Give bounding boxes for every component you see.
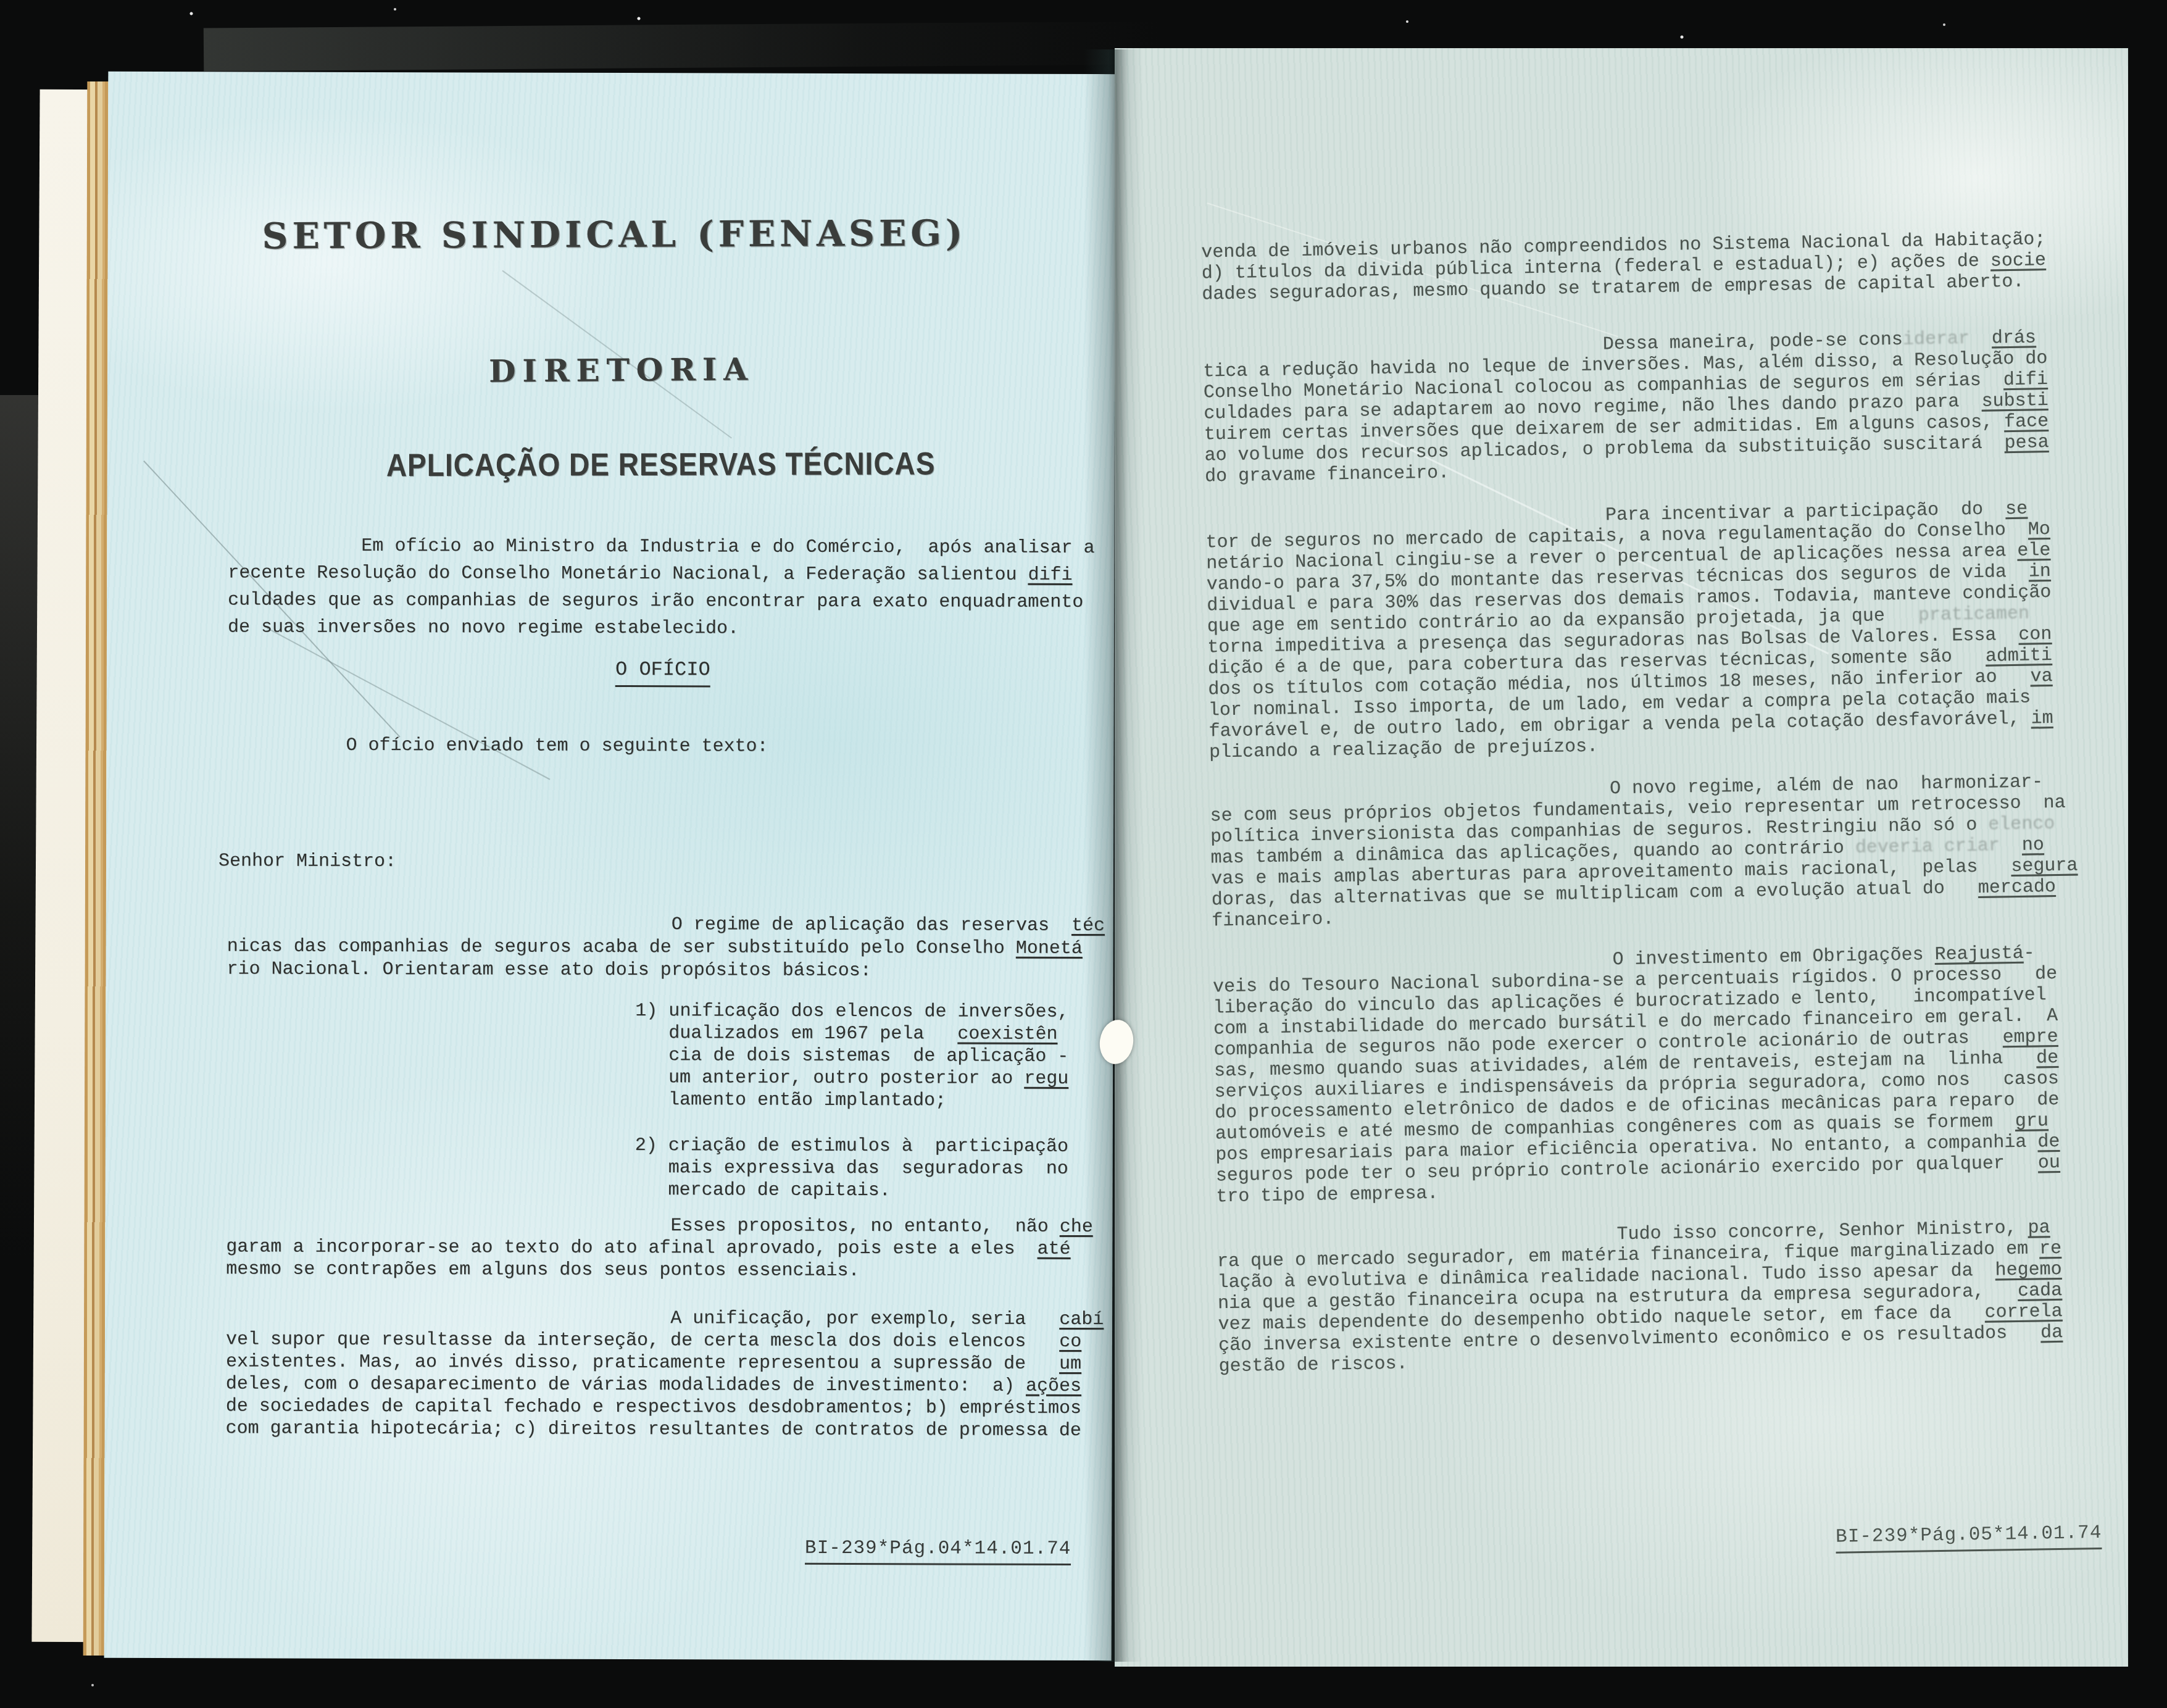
- text-line: de sociedades de capital fechado e respe…: [226, 1395, 1104, 1420]
- right-page-content: venda de imóveis urbanos não compreendid…: [1102, 40, 2141, 1674]
- text-line: deles, com o desaparecimento de várias m…: [226, 1373, 1104, 1398]
- text-line: um anterior, outro posterior ao regu: [635, 1067, 1068, 1090]
- scanned-book-spread: SETOR SINDICAL (FENASEG) DIRETORIA APLIC…: [0, 0, 2167, 1708]
- section-title: DIRETORIA: [489, 351, 754, 389]
- paragraph-dessa-maneira: Dessa maneira, pode-se considerar drásti…: [1203, 327, 2050, 487]
- paragraph-esses: Esses propositos, no entanto, não chegar…: [226, 1214, 1093, 1283]
- oficio-intro-line: O ofício enviado tem o seguinte texto:: [346, 734, 768, 759]
- page-right: venda de imóveis urbanos não compreendid…: [1115, 48, 2128, 1667]
- text-line: lamento então implantado;: [635, 1089, 1068, 1112]
- text-line: vel supor que resultasse da interseção, …: [226, 1328, 1104, 1353]
- paragraph-continuation: venda de imóveis urbanos não compreendid…: [1201, 229, 2047, 305]
- text-line: rio Nacional. Orientaram esse ato dois p…: [227, 958, 1105, 983]
- text-line: com garantia hipotecária; c) direitos re…: [226, 1417, 1104, 1442]
- article-title: APLICAÇÃO DE RESERVAS TÉCNICAS: [386, 444, 936, 483]
- salutation: Senhor Ministro:: [218, 849, 396, 873]
- paragraph-regime: O regime de aplicação das reservas técni…: [227, 912, 1105, 983]
- stamp-title: SETOR SINDICAL (FENASEG): [262, 212, 967, 257]
- scanner-bed-streak: [204, 22, 1160, 72]
- text-line: O regime de aplicação das reservas téc: [227, 912, 1105, 938]
- text-line: cia de dois sistemas de aplicação -: [635, 1044, 1068, 1068]
- paragraph-unificacao: A unificação, por exemplo, seria cabível…: [226, 1306, 1104, 1442]
- text-line: 1) unificação dos elencos de inversões,: [635, 1000, 1068, 1023]
- text-line: Em ofício ao Ministro da Industria e do …: [228, 532, 1094, 562]
- oficio-heading: O OFÍCIO: [615, 658, 710, 687]
- page-footer-reference: BI-239*Pág.05*14.01.74: [1836, 1522, 2102, 1554]
- text-line: mais expressiva das seguradoras no: [635, 1157, 1068, 1180]
- text-line: A unificação, por exemplo, seria cabí: [226, 1306, 1104, 1331]
- footer-text: BI-239*Pág.04*14.01.74: [805, 1538, 1071, 1565]
- text-line: mercado de capitais.: [635, 1179, 1068, 1202]
- page-left: SETOR SINDICAL (FENASEG) DIRETORIA APLIC…: [104, 72, 1116, 1660]
- text-line: mesmo se contrapões em alguns dos seus p…: [226, 1258, 1092, 1283]
- list-item-2: 2) criação de estimulos à participação m…: [635, 1135, 1068, 1202]
- paragraph-para-incentivar: Para incentivar a participação do setor …: [1205, 498, 2053, 763]
- paragraph-tudo-isso: Tudo isso concorre, Senhor Ministro, par…: [1217, 1217, 2063, 1377]
- page-footer-reference: BI-239*Pág.04*14.01.74: [805, 1538, 1071, 1565]
- text-line: 2) criação de estimulos à participação: [635, 1135, 1068, 1158]
- text-line: de suas inversões no novo regime estabel…: [228, 614, 1094, 643]
- intro-paragraph: Em ofício ao Ministro da Industria e do …: [228, 532, 1095, 643]
- footer-text: BI-239*Pág.05*14.01.74: [1836, 1522, 2102, 1554]
- text-line: nicas das companhias de seguros acaba de…: [227, 935, 1105, 960]
- list-item-1: 1) unificação dos elencos de inversões, …: [635, 1000, 1069, 1112]
- text-line: culdades que as companhias de seguros ir…: [228, 586, 1094, 616]
- text-line: dualizados em 1967 pela coexistên: [635, 1022, 1068, 1046]
- oficio-heading-row: O OFÍCIO: [228, 657, 1098, 688]
- text-line: Esses propositos, no entanto, não che: [226, 1214, 1092, 1238]
- text-line: existentes. Mas, ao invés disso, pratica…: [226, 1351, 1104, 1375]
- paragraph-investimento: O investimento em Obrigações Reajustá-ve…: [1212, 943, 2060, 1207]
- text-line: garam a incorporar-se ao texto do ato af…: [226, 1236, 1092, 1260]
- paragraph-novo-regime: O novo regime, além de nao harmonizar-se…: [1210, 771, 2079, 931]
- text-line: recente Resolução do Conselho Monetário …: [228, 559, 1094, 589]
